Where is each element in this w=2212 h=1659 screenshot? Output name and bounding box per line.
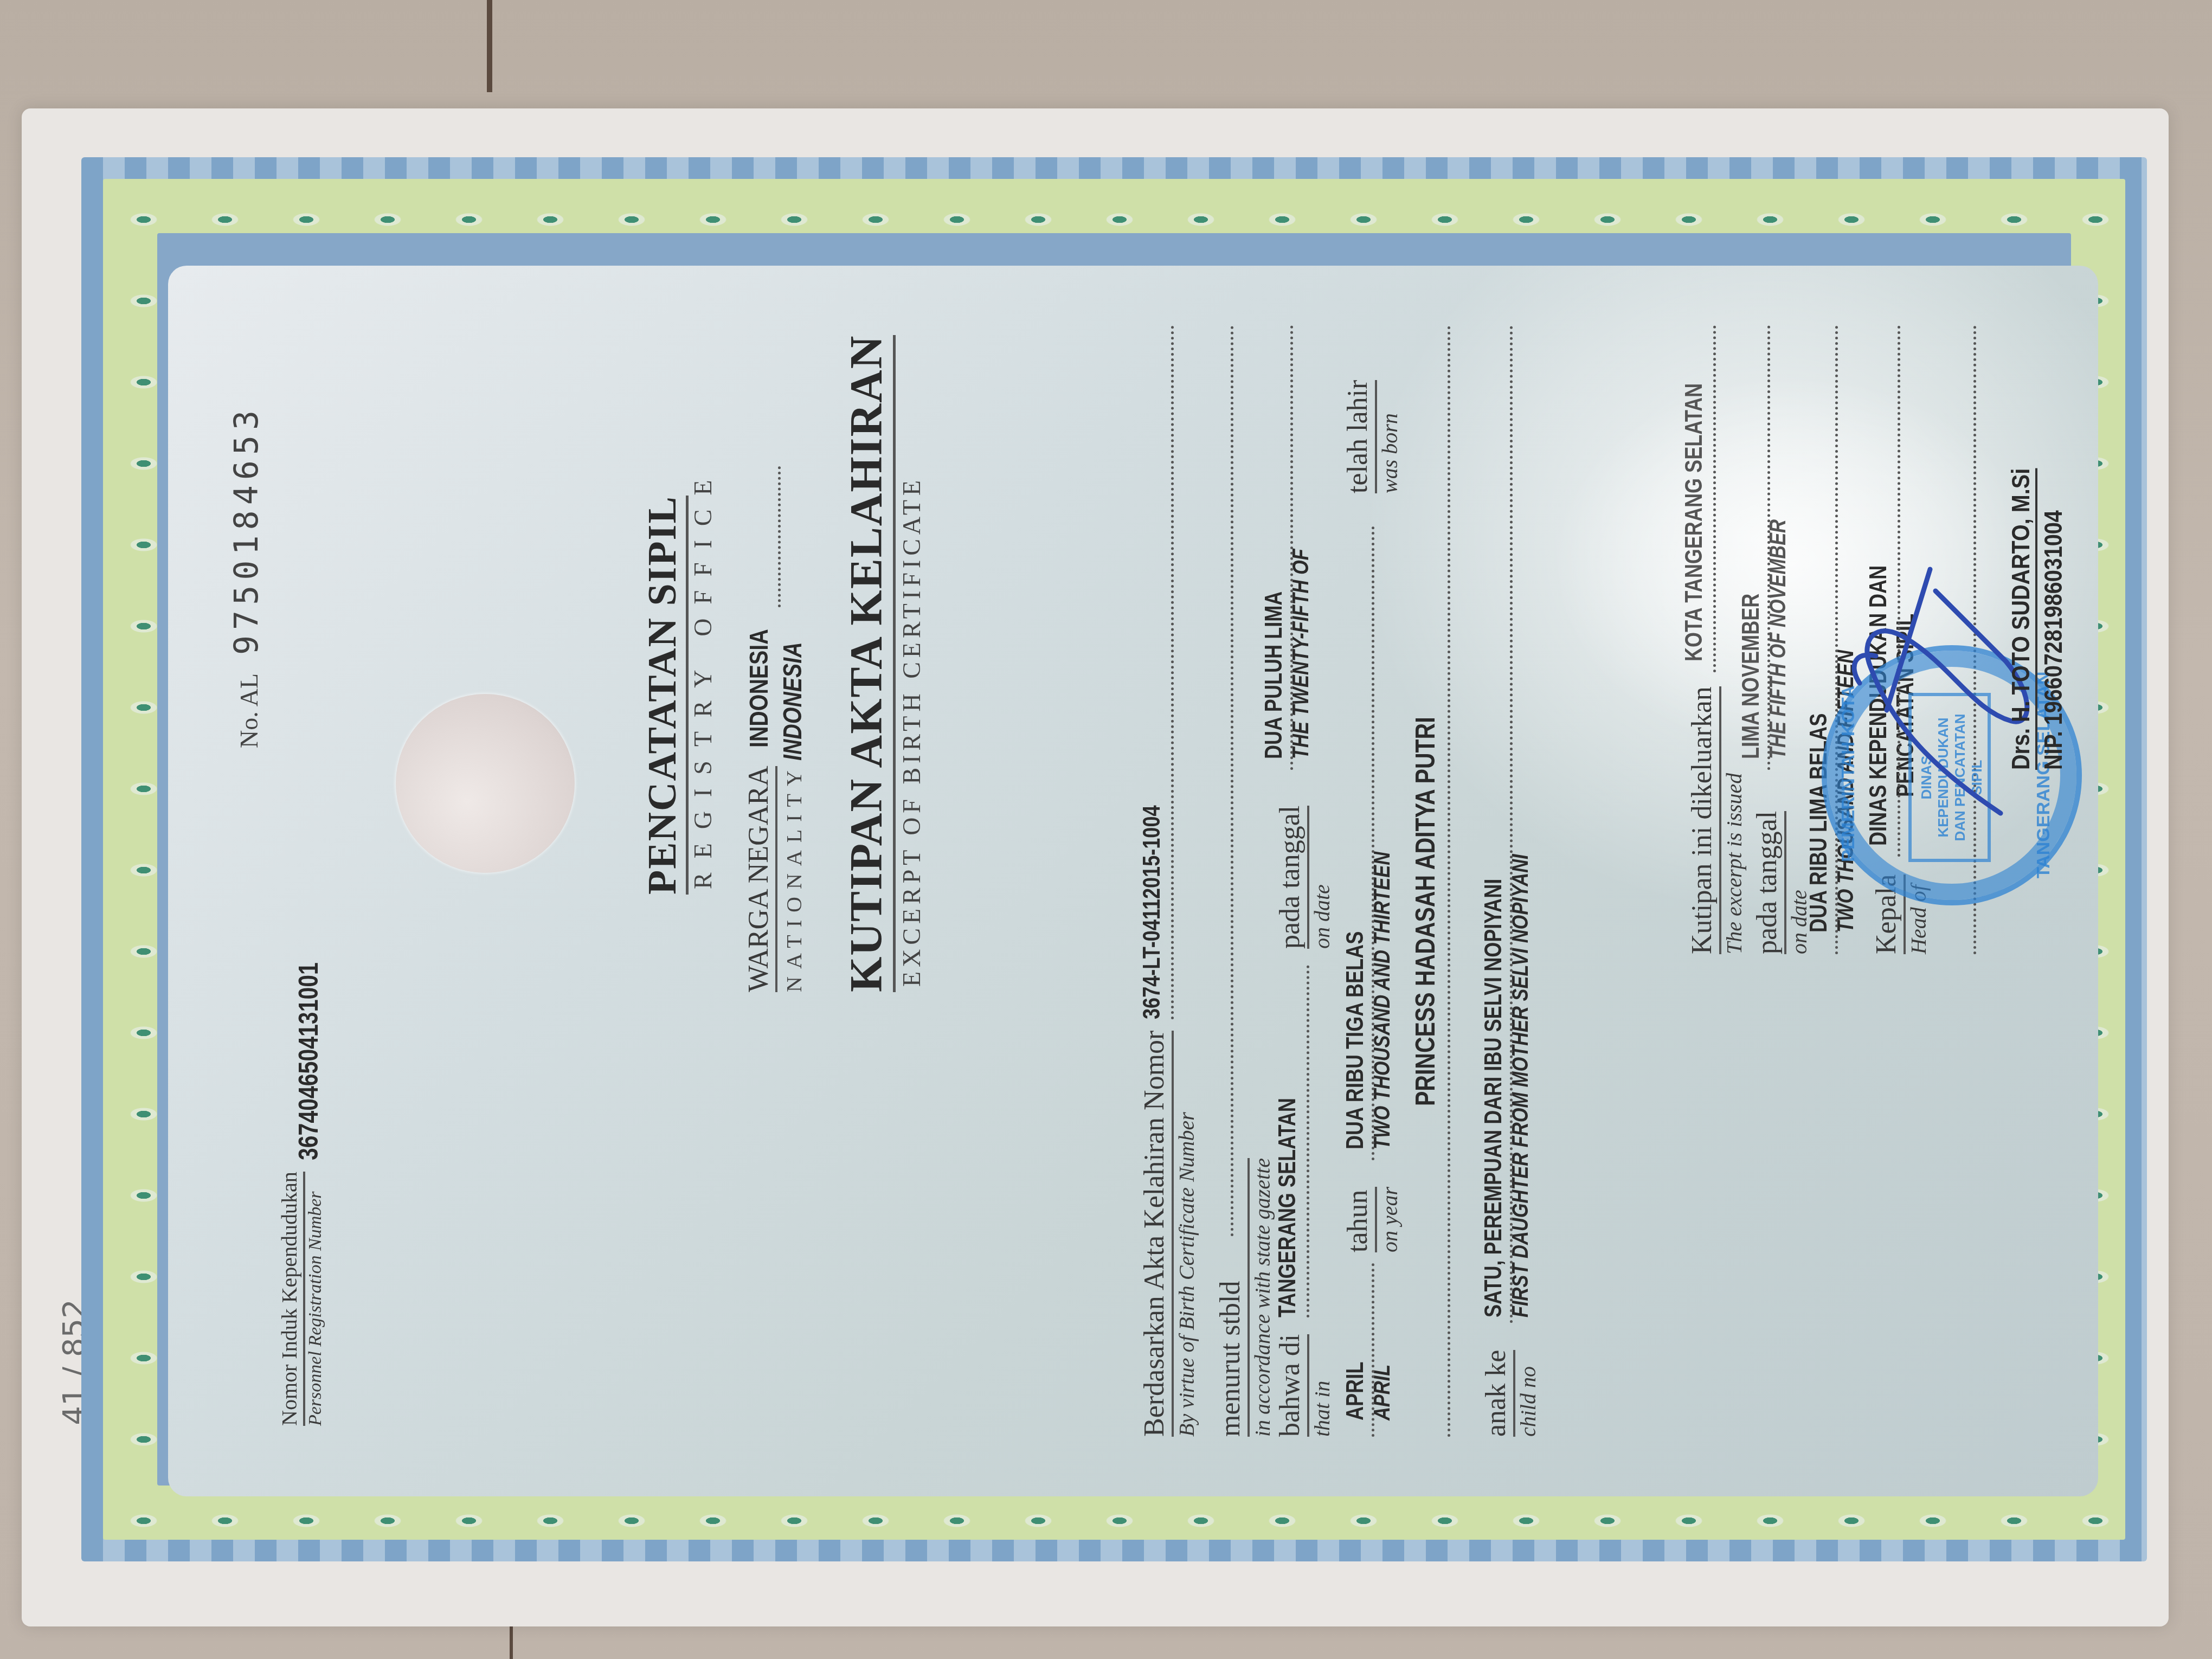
birth-year-label: tahun on year (1342, 1187, 1403, 1252)
nik-label: Nomor Induk Kependudukan Personnel Regis… (276, 1172, 326, 1426)
issued-date-value: LIMA NOVEMBER (1738, 594, 1765, 759)
wall-tile-seam-top (487, 0, 492, 92)
certificate-content: No. AL 9750184653 Nomor Induk Kependuduk… (168, 266, 2098, 1496)
child-no-value: SATU, PEREMPUAN DARI IBU SELVI NOPIYANI (1480, 879, 1507, 1317)
child-no-dotline (1510, 325, 1513, 1323)
cert-number-dotline (1171, 325, 1174, 1019)
nationality-value: INDONESIA (744, 629, 774, 748)
issued-place: KOTA TANGERANG SELATAN (1681, 383, 1708, 661)
issued-date-label: pada tanggal on date (1751, 811, 1812, 954)
birth-date-label: pada tanggal on date (1274, 806, 1335, 949)
gazette-dotline (1231, 325, 1233, 1236)
office-title: PENCATATAN SIPIL (640, 496, 689, 895)
document-title: KUTIPAN AKTA KELAHIRAN (840, 335, 896, 992)
gazette-label: menurut stbld in accordance with state g… (1214, 1158, 1275, 1437)
born-label: telah lahir was born (1342, 380, 1403, 493)
nik-value: 3674046504131001 (293, 962, 324, 1160)
child-no-label: anak ke child no (1480, 1350, 1541, 1437)
serial-prefix: No. AL (235, 673, 263, 748)
cert-number-value: 3674-LT-04112015-1004 (1139, 805, 1166, 1019)
birth-month-value: APRIL (1342, 1362, 1369, 1420)
birth-day-dotline (1290, 325, 1293, 770)
birth-year-dotline (1372, 526, 1374, 1160)
embossed-seal (396, 694, 575, 873)
nationality-label: WARGA NEGARA (743, 766, 777, 992)
official-nip: NIP. 196607281986031004 (2039, 510, 2068, 770)
issued-date-dotline (1767, 325, 1770, 770)
nationality-dotline (778, 466, 781, 607)
birth-day-value: DUA PULUH LIMA (1261, 591, 1288, 759)
place-dotline (1307, 965, 1309, 1317)
cert-number-label: Berdasarkan Akta Kelahiran Nomor By virt… (1139, 1031, 1199, 1437)
office-title-en: REGISTRY OFFICE (689, 466, 717, 889)
document-title-en: EXCERPT OF BIRTH CERTIFICATE (897, 476, 926, 987)
child-name: PRINCESS HADASAH ADITYA PUTRI (1410, 717, 1441, 1106)
issued-place-dotline (1713, 325, 1716, 672)
official-name: Drs. H. TOTO SUDARTO, M.Si (2006, 468, 2037, 770)
wall-tile-seam-bottom (510, 1621, 513, 1659)
birth-month-dotline (1372, 1263, 1374, 1437)
place-label: bahwa di that in (1274, 1334, 1335, 1437)
serial-number: No. AL 9750184653 (228, 405, 266, 748)
birth-year-value: DUA RIBU TIGA BELAS (1342, 931, 1369, 1149)
nationality-label-en: NATIONALITY (782, 763, 806, 992)
serial-value: 9750184653 (228, 405, 266, 655)
nationality-row: WARGA NEGARA INDONESIA NATIONALITY INDON… (743, 603, 808, 992)
nationality-value-en: INDONESIA (778, 642, 808, 761)
place-value: TANGERANG SELATAN (1274, 1098, 1301, 1317)
child-name-dotline (1448, 325, 1450, 1437)
